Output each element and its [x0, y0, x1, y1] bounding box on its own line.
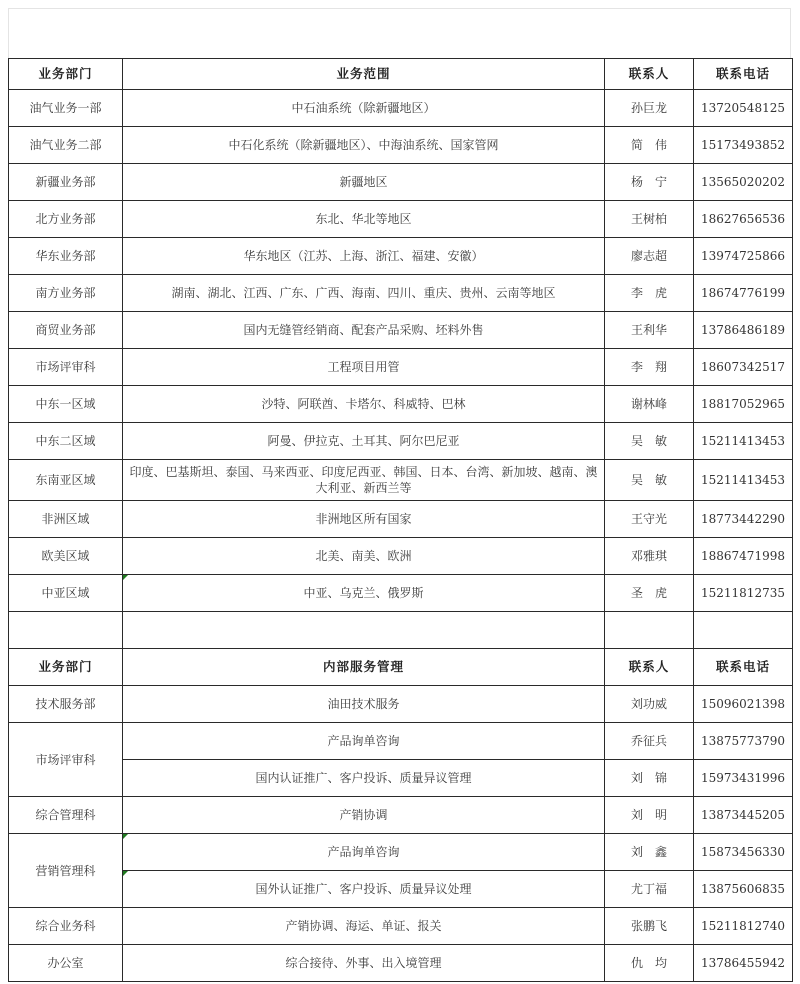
table-row: 市场评审科 工程项目用管 李 翔 18607342517: [9, 349, 793, 386]
scope-cell: 国外认证推广、客户投诉、质量异议处理: [123, 871, 605, 908]
table-header-row: 业务部门 业务范围 联系人 联系电话: [9, 59, 793, 90]
department-cell: 华东业务部: [9, 238, 123, 275]
blank-cell: [9, 612, 123, 649]
department-cell: 中东一区域: [9, 386, 123, 423]
scope-cell: 国内认证推广、客户投诉、质量异议管理: [123, 760, 605, 797]
department-cell: 综合管理科: [9, 797, 123, 834]
contact-cell: 谢林峰: [605, 386, 694, 423]
table-row: 油气业务二部 中石化系统（除新疆地区）、中海油系统、国家管网 简 伟 15173…: [9, 127, 793, 164]
contact-cell: 简 伟: [605, 127, 694, 164]
table-row: 国内认证推广、客户投诉、质量异议管理 刘 锦 15973431996: [9, 760, 793, 797]
phone-cell: 13720548125: [694, 90, 793, 127]
phone-cell: 18674776199: [694, 275, 793, 312]
phone-cell: 13875606835: [694, 871, 793, 908]
page-top-blank-area: [8, 8, 791, 58]
table-row: 南方业务部 湖南、湖北、江西、广东、广西、海南、四川、重庆、贵州、云南等地区 李…: [9, 275, 793, 312]
table-row: 办公室 综合接待、外事、出入境管理 仇 均 13786455942: [9, 945, 793, 982]
phone-cell: 18627656536: [694, 201, 793, 238]
phone-cell: 15973431996: [694, 760, 793, 797]
contact-cell: 廖志超: [605, 238, 694, 275]
table-row: 营销管理科 产品询单咨询 刘 鑫 15873456330: [9, 834, 793, 871]
department-cell: 南方业务部: [9, 275, 123, 312]
phone-cell: 15211413453: [694, 460, 793, 501]
blank-cell: [123, 612, 605, 649]
department-cell: 新疆业务部: [9, 164, 123, 201]
contact-cell: 杨 宁: [605, 164, 694, 201]
table-row: 市场评审科 产品询单咨询 乔征兵 13875773790: [9, 723, 793, 760]
table-row: 中东二区域 阿曼、伊拉克、土耳其、阿尔巴尼亚 吴 敏 15211413453: [9, 423, 793, 460]
header-phone: 联系电话: [694, 649, 793, 686]
contact-cell: 李 翔: [605, 349, 694, 386]
table-row: 中亚区域 中亚、乌克兰、俄罗斯 圣 虎 15211812735: [9, 575, 793, 612]
department-contact-table: 业务部门 业务范围 联系人 联系电话 油气业务一部 中石油系统（除新疆地区） 孙…: [8, 58, 793, 982]
contact-cell: 王树柏: [605, 201, 694, 238]
phone-cell: 15211413453: [694, 423, 793, 460]
department-cell: 市场评审科: [9, 723, 123, 797]
department-cell: 市场评审科: [9, 349, 123, 386]
contact-cell: 乔征兵: [605, 723, 694, 760]
table-row: 华东业务部 华东地区（江苏、上海、浙江、福建、安徽） 廖志超 139747258…: [9, 238, 793, 275]
contact-cell: 吴 敏: [605, 423, 694, 460]
scope-cell: 新疆地区: [123, 164, 605, 201]
phone-cell: 13873445205: [694, 797, 793, 834]
scope-cell: 产销协调、海运、单证、报关: [123, 908, 605, 945]
phone-cell: 15173493852: [694, 127, 793, 164]
scope-cell: 国内无缝管经销商、配套产品采购、坯料外售: [123, 312, 605, 349]
header-internal-service: 内部服务管理: [123, 649, 605, 686]
contact-cell: 刘 鑫: [605, 834, 694, 871]
phone-cell: 13786486189: [694, 312, 793, 349]
contact-cell: 邓雅琪: [605, 538, 694, 575]
table-row: 欧美区域 北美、南美、欧洲 邓雅琪 18867471998: [9, 538, 793, 575]
scope-cell: 非洲地区所有国家: [123, 501, 605, 538]
department-cell: 办公室: [9, 945, 123, 982]
scope-cell: 工程项目用管: [123, 349, 605, 386]
scope-cell: 产销协调: [123, 797, 605, 834]
header-phone: 联系电话: [694, 59, 793, 90]
phone-cell: 18773442290: [694, 501, 793, 538]
contact-cell: 李 虎: [605, 275, 694, 312]
department-cell: 油气业务二部: [9, 127, 123, 164]
scope-cell: 中亚、乌克兰、俄罗斯: [123, 575, 605, 612]
contact-cell: 孙巨龙: [605, 90, 694, 127]
table-row: 技术服务部 油田技术服务 刘功威 15096021398: [9, 686, 793, 723]
table-row: 商贸业务部 国内无缝管经销商、配套产品采购、坯料外售 王利华 137864861…: [9, 312, 793, 349]
department-cell: 油气业务一部: [9, 90, 123, 127]
phone-cell: 18607342517: [694, 349, 793, 386]
scope-cell: 中石化系统（除新疆地区）、中海油系统、国家管网: [123, 127, 605, 164]
scope-cell: 印度、巴基斯坦、泰国、马来西亚、印度尼西亚、韩国、日本、台湾、新加坡、越南、澳大…: [123, 460, 605, 501]
table-row: 新疆业务部 新疆地区 杨 宁 13565020202: [9, 164, 793, 201]
phone-cell: 13974725866: [694, 238, 793, 275]
department-cell: 中亚区域: [9, 575, 123, 612]
phone-cell: 13565020202: [694, 164, 793, 201]
table-row: 北方业务部 东北、华北等地区 王树柏 18627656536: [9, 201, 793, 238]
contact-cell: 刘 锦: [605, 760, 694, 797]
contact-cell: 张鹏飞: [605, 908, 694, 945]
scope-cell: 北美、南美、欧洲: [123, 538, 605, 575]
department-cell: 中东二区域: [9, 423, 123, 460]
table-row: 综合管理科 产销协调 刘 明 13873445205: [9, 797, 793, 834]
contact-cell: 吴 敏: [605, 460, 694, 501]
header-department: 业务部门: [9, 59, 123, 90]
table-row: 国外认证推广、客户投诉、质量异议处理 尤丁福 13875606835: [9, 871, 793, 908]
table-header-row-internal: 业务部门 内部服务管理 联系人 联系电话: [9, 649, 793, 686]
scope-cell: 产品询单咨询: [123, 723, 605, 760]
blank-cell: [694, 612, 793, 649]
table-row: 东南亚区域 印度、巴基斯坦、泰国、马来西亚、印度尼西亚、韩国、日本、台湾、新加坡…: [9, 460, 793, 501]
contact-cell: 刘功威: [605, 686, 694, 723]
phone-cell: 13875773790: [694, 723, 793, 760]
department-cell: 综合业务科: [9, 908, 123, 945]
scope-cell: 综合接待、外事、出入境管理: [123, 945, 605, 982]
phone-cell: 15211812740: [694, 908, 793, 945]
department-cell: 商贸业务部: [9, 312, 123, 349]
scope-cell: 湖南、湖北、江西、广东、广西、海南、四川、重庆、贵州、云南等地区: [123, 275, 605, 312]
contact-cell: 圣 虎: [605, 575, 694, 612]
scope-cell: 中石油系统（除新疆地区）: [123, 90, 605, 127]
department-cell: 北方业务部: [9, 201, 123, 238]
header-contact: 联系人: [605, 59, 694, 90]
blank-separator-row: [9, 612, 793, 649]
table-row: 中东一区域 沙特、阿联酋、卡塔尔、科威特、巴林 谢林峰 18817052965: [9, 386, 793, 423]
department-cell: 营销管理科: [9, 834, 123, 908]
table-row: 非洲区域 非洲地区所有国家 王守光 18773442290: [9, 501, 793, 538]
scope-cell: 阿曼、伊拉克、土耳其、阿尔巴尼亚: [123, 423, 605, 460]
table-row: 综合业务科 产销协调、海运、单证、报关 张鹏飞 15211812740: [9, 908, 793, 945]
phone-cell: 18817052965: [694, 386, 793, 423]
phone-cell: 15211812735: [694, 575, 793, 612]
contact-cell: 刘 明: [605, 797, 694, 834]
contact-cell: 仇 均: [605, 945, 694, 982]
header-department: 业务部门: [9, 649, 123, 686]
department-cell: 欧美区域: [9, 538, 123, 575]
scope-cell: 东北、华北等地区: [123, 201, 605, 238]
contact-cell: 王守光: [605, 501, 694, 538]
blank-cell: [605, 612, 694, 649]
department-cell: 东南亚区域: [9, 460, 123, 501]
scope-cell: 华东地区（江苏、上海、浙江、福建、安徽）: [123, 238, 605, 275]
department-cell: 非洲区域: [9, 501, 123, 538]
scope-cell: 产品询单咨询: [123, 834, 605, 871]
table-row: 油气业务一部 中石油系统（除新疆地区） 孙巨龙 13720548125: [9, 90, 793, 127]
department-cell: 技术服务部: [9, 686, 123, 723]
phone-cell: 18867471998: [694, 538, 793, 575]
header-contact: 联系人: [605, 649, 694, 686]
phone-cell: 15096021398: [694, 686, 793, 723]
scope-cell: 油田技术服务: [123, 686, 605, 723]
header-business-scope: 业务范围: [123, 59, 605, 90]
phone-cell: 13786455942: [694, 945, 793, 982]
scope-cell: 沙特、阿联酋、卡塔尔、科威特、巴林: [123, 386, 605, 423]
phone-cell: 15873456330: [694, 834, 793, 871]
contact-cell: 尤丁福: [605, 871, 694, 908]
contact-cell: 王利华: [605, 312, 694, 349]
